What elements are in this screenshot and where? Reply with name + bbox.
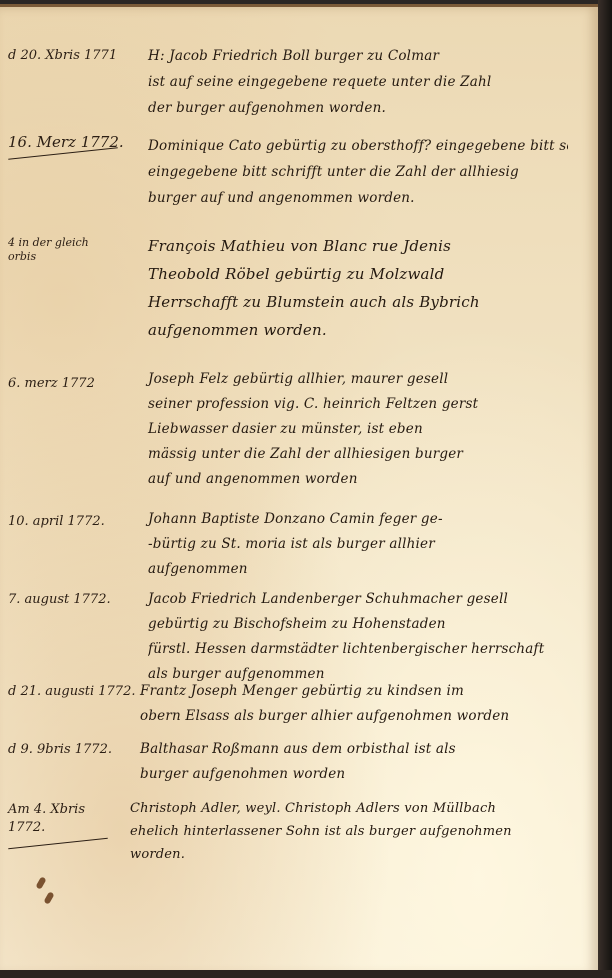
entry-text: Johann Baptiste Donzano Camin feger ge- … [148, 507, 568, 582]
entry-line: obern Elsass als burger alhier aufgenohm… [140, 704, 570, 729]
entry-line: -bürtig zu St. moria ist als burger allh… [148, 532, 568, 557]
entry-date-text: 6. merz 1772 [8, 376, 95, 391]
entry-line: worden. [130, 843, 570, 866]
entry-line: burger aufgenohmen worden [140, 762, 570, 787]
entry-line: Liebwasser dasier zu münster, ist eben [148, 417, 568, 442]
page-bottom-edge [0, 970, 612, 978]
entry-date: 4 in der gleich orbis [8, 236, 108, 264]
entry-line: Balthasar Roßmann aus dem orbisthal ist … [140, 737, 570, 762]
book-binding-edge [598, 0, 612, 978]
entry-date: 10. april 1772. [8, 513, 148, 531]
entry-line: Dominique Cato gebürtig zu obersthoff? e… [148, 133, 568, 159]
entry-text: Frantz Joseph Menger gebürtig zu kindsen… [140, 679, 570, 729]
entry-date: d 21. augusti 1772. [8, 683, 148, 701]
entry-date-text: Am 4. Xbris 1772. [8, 802, 85, 835]
entry-date: 6. merz 1772 [8, 375, 148, 393]
entry-line: Theobold Röbel gebürtig zu Molzwald [148, 260, 568, 288]
entry-line: burger auf und angenommen worden. [148, 185, 568, 211]
entry-line: Johann Baptiste Donzano Camin feger ge- [148, 507, 568, 532]
entry-date: d 9. 9bris 1772. [8, 741, 148, 759]
entry-date: d 20. Xbris 1771 [8, 47, 148, 65]
entry-date: Am 4. Xbris 1772. [8, 801, 118, 844]
entry-line: Frantz Joseph Menger gebürtig zu kindsen… [140, 679, 570, 704]
entry-line: mässig unter die Zahl der allhiesigen bu… [148, 442, 568, 467]
entry-line: Jacob Friedrich Landenberger Schuhmacher… [148, 587, 568, 612]
entry-line: aufgenommen [148, 557, 568, 582]
entry-line: aufgenommen worden. [148, 316, 568, 344]
entry-text: Christoph Adler, weyl. Christoph Adlers … [130, 797, 570, 866]
entry-text: François Mathieu von Blanc rue Jdenis Th… [148, 232, 568, 344]
date-underline [8, 838, 108, 849]
entry-line: ist auf seine eingegebene requete unter … [148, 69, 568, 95]
entry-line: seiner profession vig. C. heinrich Feltz… [148, 392, 568, 417]
entry-text: Joseph Felz gebürtig allhier, maurer ges… [148, 367, 568, 492]
entry-line: ehelich hinterlassener Sohn ist als burg… [130, 820, 570, 843]
entry-date-text: 7. august 1772. [8, 592, 111, 607]
entry-date: 7. august 1772. [8, 591, 148, 609]
entry-text: H: Jacob Friedrich Boll burger zu Colmar… [148, 43, 568, 121]
entry-text: Jacob Friedrich Landenberger Schuhmacher… [148, 587, 568, 687]
entry-line: Christoph Adler, weyl. Christoph Adlers … [130, 797, 570, 820]
entry-date: 16. Merz 1772. [8, 133, 148, 154]
entry-text: Balthasar Roßmann aus dem orbisthal ist … [140, 737, 570, 787]
entry-line: Joseph Felz gebürtig allhier, maurer ges… [148, 367, 568, 392]
entry-text: Dominique Cato gebürtig zu obersthoff? e… [148, 133, 568, 211]
entry-line: fürstl. Hessen darmstädter lichtenbergis… [148, 637, 568, 662]
entry-line: Herrschafft zu Blumstein auch als Bybric… [148, 288, 568, 316]
entry-line: der burger aufgenohmen worden. [148, 95, 568, 121]
manuscript-page: d 20. Xbris 1771 H: Jacob Friedrich Boll… [0, 4, 598, 975]
ink-blot-mark [43, 891, 54, 904]
entry-line: auf und angenommen worden [148, 467, 568, 492]
entry-line: gebürtig zu Bischofsheim zu Hohenstaden [148, 612, 568, 637]
ink-blot-mark [35, 876, 46, 889]
entry-line: eingegebene bitt schrifft unter die Zahl… [148, 159, 568, 185]
entry-line: François Mathieu von Blanc rue Jdenis [148, 232, 568, 260]
entry-line: H: Jacob Friedrich Boll burger zu Colmar [148, 43, 568, 69]
